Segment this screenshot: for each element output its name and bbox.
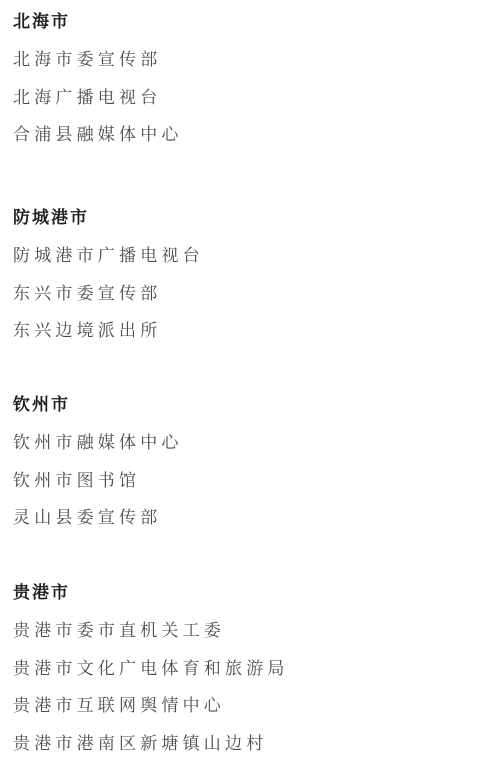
list-item: 合浦县融媒体中心	[13, 117, 183, 155]
list-item: 灵山县委宣传部	[13, 500, 183, 538]
section-beihai: 北海市 北海市委宣传部 北海广播电视台 合浦县融媒体中心	[13, 10, 183, 155]
list-item: 北海市委宣传部	[13, 42, 183, 80]
list-item: 贵港市委市直机关工委	[13, 613, 289, 651]
section-list: 贵港市委市直机关工委 贵港市文化广电体育和旅游局 贵港市互联网舆情中心 贵港市港…	[13, 613, 289, 763]
list-item: 北海广播电视台	[13, 80, 183, 118]
list-item: 东兴边境派出所	[13, 313, 204, 351]
section-list: 钦州市融媒体中心 钦州市图书馆 灵山县委宣传部	[13, 425, 183, 538]
section-list: 北海市委宣传部 北海广播电视台 合浦县融媒体中心	[13, 42, 183, 155]
section-heading: 贵港市	[13, 581, 289, 605]
list-item: 钦州市融媒体中心	[13, 425, 183, 463]
section-heading: 防城港市	[13, 206, 204, 230]
section-list: 防城港市广播电视台 东兴市委宣传部 东兴边境派出所	[13, 238, 204, 351]
list-item: 防城港市广播电视台	[13, 238, 204, 276]
list-item: 贵港市文化广电体育和旅游局	[13, 651, 289, 689]
list-item: 贵港市港南区新塘镇山边村	[13, 726, 289, 764]
section-guigang: 贵港市 贵港市委市直机关工委 贵港市文化广电体育和旅游局 贵港市互联网舆情中心 …	[13, 581, 289, 763]
section-fangchenggang: 防城港市 防城港市广播电视台 东兴市委宣传部 东兴边境派出所	[13, 206, 204, 351]
list-item: 东兴市委宣传部	[13, 276, 204, 314]
section-heading: 钦州市	[13, 393, 183, 417]
section-qinzhou: 钦州市 钦州市融媒体中心 钦州市图书馆 灵山县委宣传部	[13, 393, 183, 538]
section-heading: 北海市	[13, 10, 183, 34]
list-item: 钦州市图书馆	[13, 463, 183, 501]
list-item: 贵港市互联网舆情中心	[13, 688, 289, 726]
